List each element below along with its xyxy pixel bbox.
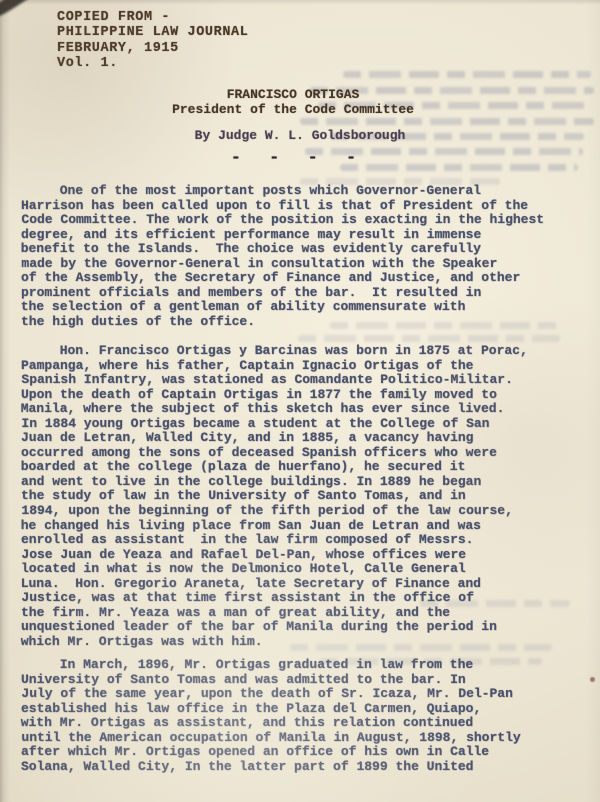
text-line: Vol. 1. — [57, 56, 248, 71]
text-line: he changed his living place from San Jua… — [21, 519, 587, 534]
text-line: Harrison has been called upon to fill is… — [21, 199, 587, 214]
text-line: Juan de Letran, Walled City, and in 1885… — [21, 431, 587, 446]
text-line: the high duties of the office. — [21, 315, 587, 330]
paragraph-1: One of the most important posts which Go… — [21, 184, 587, 329]
text-line: located in what is now the Delmonico Hot… — [21, 562, 587, 577]
text-line: Manila, where the subject of this sketch… — [21, 402, 587, 417]
text-line: established his law office in the Plaza … — [21, 702, 587, 717]
scanned-document-page: COPIED FROM -PHILIPPINE LAW JOURNALFEBRU… — [0, 0, 600, 802]
text-line: of the Assembly, the Secretary of Financ… — [21, 271, 587, 286]
text-line: Jose Juan de Yeaza and Rafael Del-Pan, w… — [21, 548, 587, 563]
text-line: with Mr. Ortigas as assistant, and this … — [21, 716, 587, 731]
text-line: benefit to the Islands. The choice was e… — [21, 242, 587, 257]
byline: By Judge W. L. Goldsborough — [0, 128, 600, 143]
source-note: COPIED FROM -PHILIPPINE LAW JOURNALFEBRU… — [57, 10, 248, 72]
paragraph-3: In March, 1896, Mr. Ortigas graduated in… — [21, 658, 587, 774]
text-line: Justice, was at that time first assistan… — [21, 591, 587, 606]
text-line: FEBRUARY, 1915 — [57, 41, 248, 56]
text-line: Code Committee. The work of the position… — [21, 213, 587, 228]
article-subtitle: President of the Code Committee — [0, 103, 586, 118]
title-block: FRANCISCO ORTIGAS President of the Code … — [0, 88, 586, 117]
text-line: PHILIPPINE LAW JOURNAL — [57, 25, 248, 40]
text-line: In 1884 young Ortigas became a student a… — [21, 417, 587, 432]
text-line: after which Mr. Ortigas opened an office… — [21, 745, 587, 760]
article-title: FRANCISCO ORTIGAS — [0, 88, 586, 103]
text-line: made by the Governor-General in consulta… — [21, 257, 587, 272]
text-line: COPIED FROM - — [57, 10, 248, 25]
dash-separator: - - - - — [0, 149, 596, 168]
text-line: One of the most important posts which Go… — [21, 184, 587, 199]
paragraph-2: Hon. Francisco Ortigas y Barcinas was bo… — [21, 344, 587, 649]
text-line: Hon. Francisco Ortigas y Barcinas was bo… — [21, 344, 587, 359]
text-line: degree, and its efficient performance ma… — [21, 228, 587, 243]
text-line: the firm. Mr. Yeaza was a man of great a… — [21, 606, 587, 621]
text-line: the study of law in the University of Sa… — [21, 489, 587, 504]
text-line: Luna. Hon. Gregorio Araneta, late Secret… — [21, 577, 587, 592]
text-line: Pampanga, where his father, Captain Igna… — [21, 359, 587, 374]
text-line: In March, 1896, Mr. Ortigas graduated in… — [21, 658, 587, 673]
text-line: which Mr. Ortigas was with him. — [21, 635, 587, 650]
text-line: and went to live in the college building… — [21, 475, 587, 490]
text-line: Solana, Walled City, In the latter part … — [21, 760, 587, 775]
scan-corner-artifact — [0, 0, 45, 22]
ink-spot — [590, 677, 595, 682]
bleed-through-line — [300, 118, 594, 125]
text-line: enrolled as assistant in the law firm co… — [21, 533, 587, 548]
text-line: Upon the death of Captain Ortigas in 187… — [21, 388, 587, 403]
text-line: unquestioned leader of the bar of Manila… — [21, 620, 587, 635]
text-line: 1894, upon the beginning of the fifth pe… — [21, 504, 587, 519]
text-line: the selection of a gentleman of ability … — [21, 300, 587, 315]
text-line: boarded at the college (plaza de huerfan… — [21, 460, 587, 475]
bleed-through-line — [343, 71, 591, 78]
text-line: until the American occupation of Manila … — [21, 731, 587, 746]
text-line: occurred among the sons of deceased Span… — [21, 446, 587, 461]
text-line: University of Santo Tomas and was admitt… — [21, 673, 587, 688]
text-line: July of the same year, upon the death of… — [21, 687, 587, 702]
text-line: prominent officials and members of the b… — [21, 286, 587, 301]
bleed-through-line — [298, 335, 560, 342]
text-line: Spanish Infantry, was stationed as Coman… — [21, 373, 587, 388]
